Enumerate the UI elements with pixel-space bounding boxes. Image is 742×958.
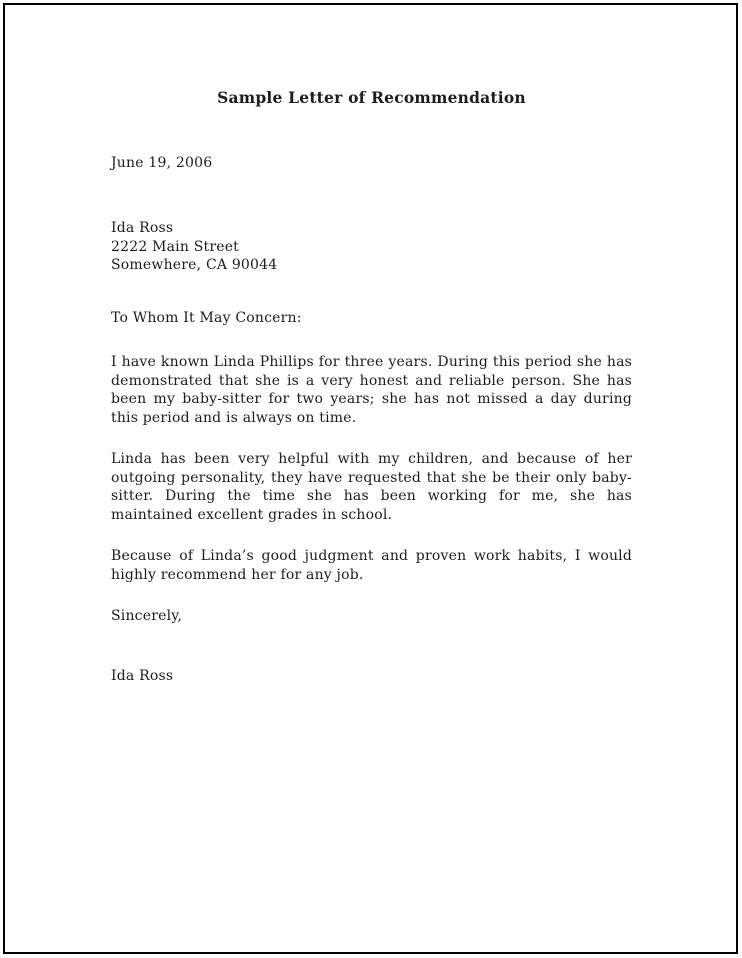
closing: Sincerely, (111, 607, 632, 626)
sender-address-block: Ida Ross 2222 Main Street Somewhere, CA … (111, 219, 632, 275)
body-paragraph-1: I have known Linda Phillips for three ye… (111, 353, 632, 427)
body-paragraph-3: Because of Linda’s good judgment and pro… (111, 547, 632, 584)
sender-name: Ida Ross (111, 219, 632, 238)
body-paragraph-2: Linda has been very helpful with my chil… (111, 450, 632, 524)
letter-date: June 19, 2006 (111, 154, 632, 173)
letter-title: Sample Letter of Recommendation (111, 89, 632, 108)
letter-content: Sample Letter of Recommendation June 19,… (5, 5, 736, 685)
salutation: To Whom It May Concern: (111, 309, 632, 328)
sender-city-state-zip: Somewhere, CA 90044 (111, 256, 632, 275)
sender-street: 2222 Main Street (111, 238, 632, 257)
signature-name: Ida Ross (111, 667, 632, 686)
letter-page: Sample Letter of Recommendation June 19,… (3, 3, 738, 954)
